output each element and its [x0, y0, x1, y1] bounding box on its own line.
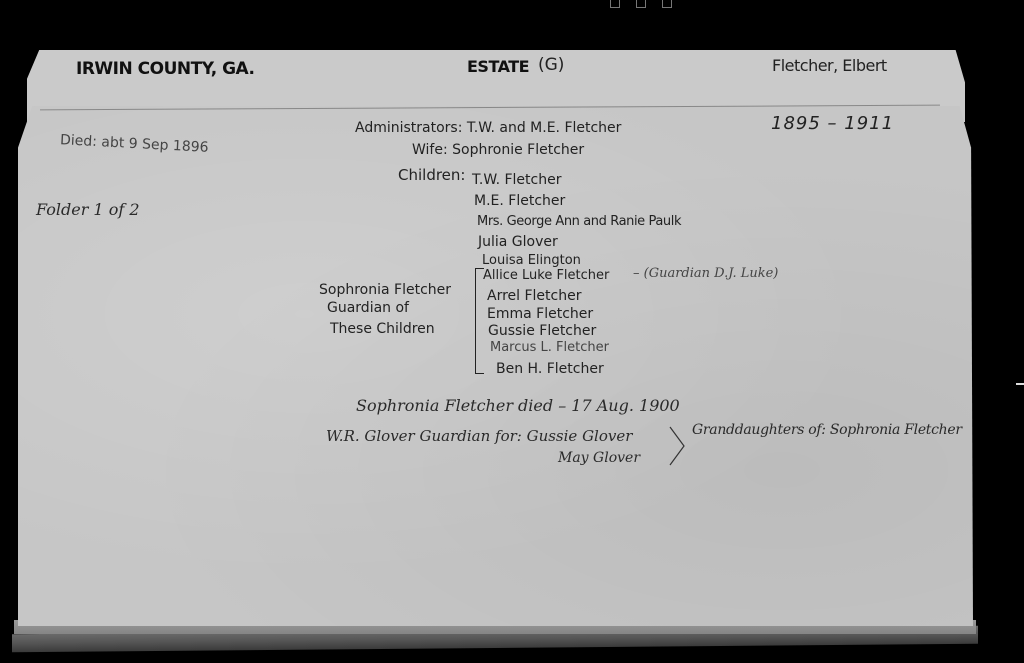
child-4: Julia Glover [478, 234, 558, 250]
children-label: Children: [398, 166, 465, 184]
grouping-chevron [668, 425, 686, 467]
county-stamp: IRWIN COUNTY, GA. [76, 59, 254, 79]
child-5: Louisa Elington [482, 253, 581, 268]
granddaughters-note: Granddaughters of: Sophronia Fletcher [692, 422, 962, 438]
guardian-note-2: Guardian of [327, 300, 409, 316]
child-3: Mrs. George Ann and Ranie Paulk [477, 214, 681, 229]
folder-count: Folder 1 of 2 [36, 200, 140, 219]
wards-bracket [475, 268, 484, 374]
ward-5: Marcus L. Fletcher [490, 340, 609, 355]
ward-6: Ben H. Fletcher [496, 361, 604, 377]
scan-marks [610, 0, 670, 10]
estate-years: 1895 – 1911 [771, 113, 894, 134]
child-1: T.W. Fletcher [472, 172, 561, 188]
administrators: Administrators: T.W. and M.E. Fletcher [355, 120, 621, 136]
wife: Wife: Sophronie Fletcher [412, 142, 584, 158]
ward-3: Emma Fletcher [487, 306, 593, 322]
scan-edge-mark [1016, 383, 1024, 385]
glover-guardian: W.R. Glover Guardian for: Gussie Glover [326, 427, 632, 445]
ward-2: Arrel Fletcher [487, 288, 581, 304]
ward-1: Allice Luke Fletcher [483, 268, 609, 283]
ward-4: Gussie Fletcher [488, 323, 596, 339]
guardian-note-3: These Children [330, 321, 435, 337]
guardian-note-1: Sophronia Fletcher [319, 280, 451, 300]
estate-letter: (G) [538, 55, 564, 75]
estate-stamp: ESTATE [467, 57, 529, 76]
child-2: M.E. Fletcher [474, 193, 565, 209]
sophronia-death: Sophronia Fletcher died – 17 Aug. 1900 [356, 396, 680, 415]
glover-ward-may: May Glover [558, 450, 640, 466]
decedent-name: Fletcher, Elbert [772, 56, 887, 75]
ward-1-guardian: – (Guardian D.J. Luke) [633, 266, 778, 281]
